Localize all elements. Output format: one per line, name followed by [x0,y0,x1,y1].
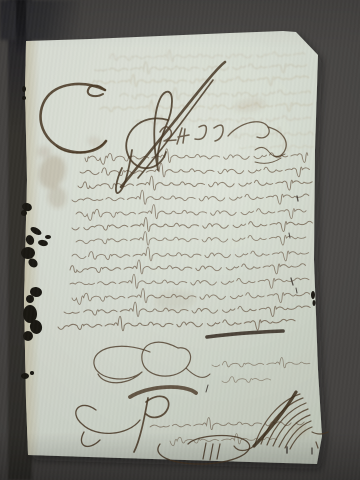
damage-blob [22,86,26,92]
damage-blob [313,300,316,306]
stain [37,146,51,158]
damage-blob [26,295,34,303]
damage-blob [311,291,315,299]
photo-stage [0,0,360,480]
damage-blob [21,373,29,379]
damage-blob [22,96,26,100]
damage-blob [30,371,34,375]
damage-blob [21,247,35,259]
damage-blob [23,331,33,341]
manuscript-photo [0,0,360,480]
damage-blob [21,210,27,216]
damage-blob [45,235,51,239]
